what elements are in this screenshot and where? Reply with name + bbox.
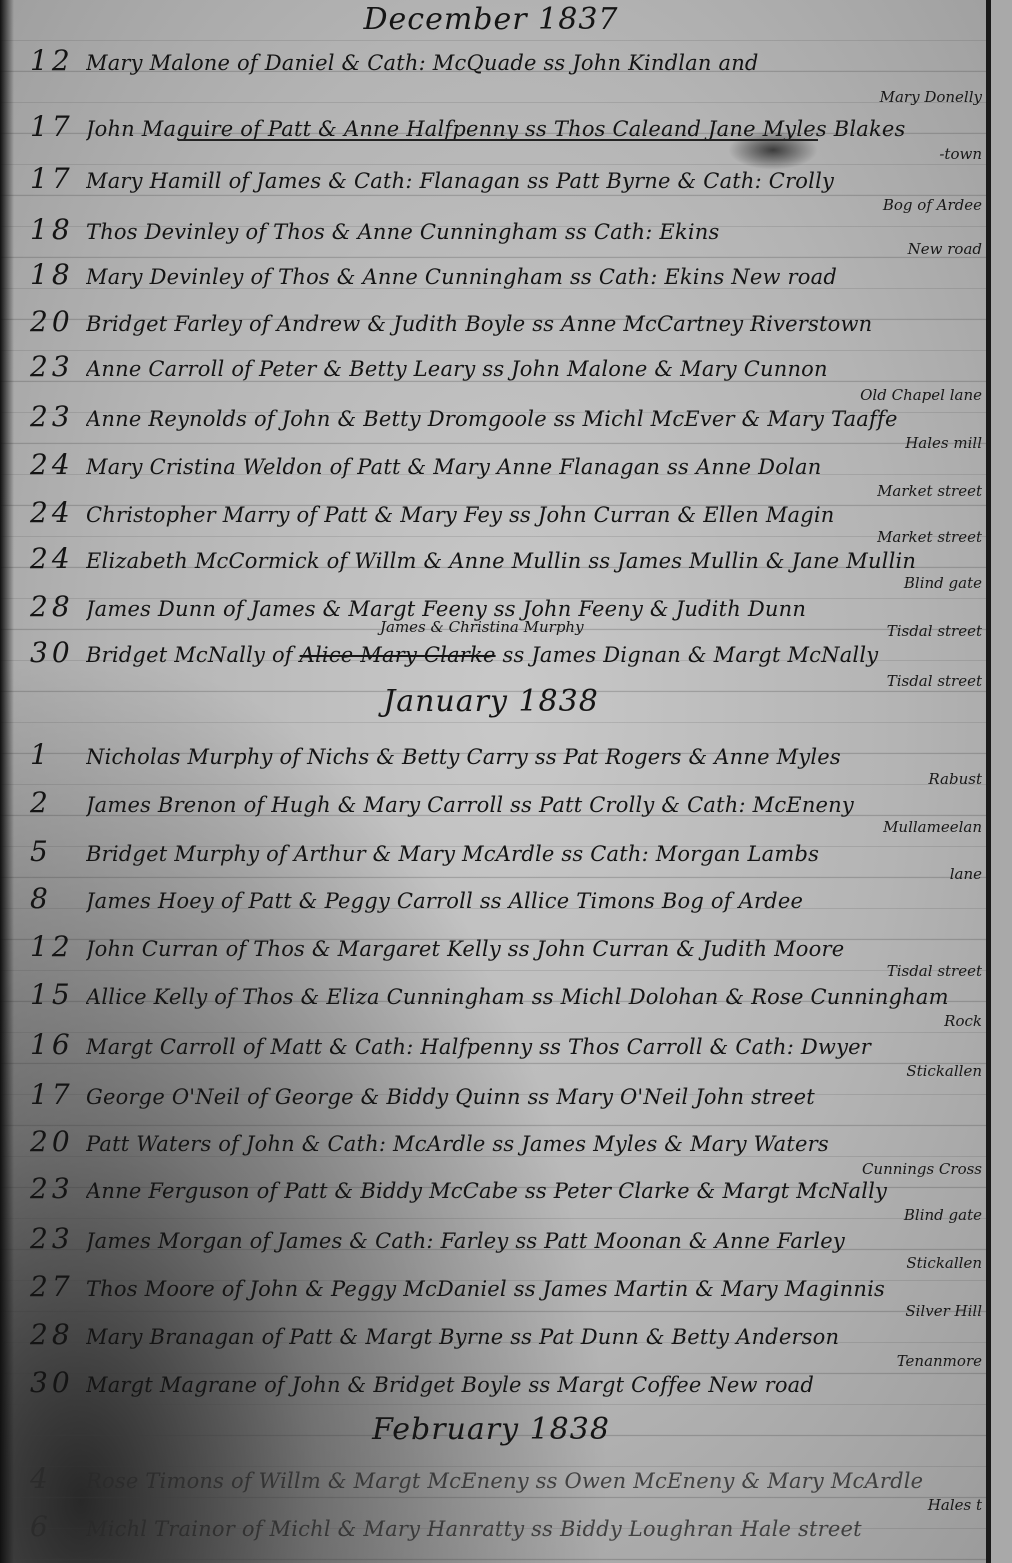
- register-entry: 24 Mary Cristina Weldon of Patt & Mary A…: [30, 448, 984, 488]
- entry-day: 16: [30, 1028, 86, 1061]
- register-entry: 17 Mary Hamill of James & Cath: Flanagan…: [30, 162, 984, 202]
- entry-day: 18: [30, 213, 86, 246]
- entry-annotation: Mary Donelly: [880, 88, 982, 106]
- section-heading-december-1837: December 1837: [0, 2, 982, 37]
- entry-day: 27: [30, 1270, 86, 1303]
- entry-day: 28: [30, 1318, 86, 1351]
- entry-annotation: lane: [950, 865, 982, 883]
- entry-text: Anne Reynolds of John & Betty Dromgoole …: [86, 407, 984, 431]
- entry-day: 12: [30, 930, 86, 963]
- entry-day: 20: [30, 1125, 86, 1158]
- register-entry: 23 Anne Reynolds of John & Betty Dromgoo…: [30, 400, 984, 440]
- section-heading-january-1838: January 1838: [0, 684, 982, 719]
- entry-text: Christopher Marry of Patt & Mary Fey ss …: [86, 503, 984, 527]
- entry-text: Allice Kelly of Thos & Eliza Cunningham …: [86, 985, 984, 1009]
- entry-annotation: Mullameelan: [883, 818, 982, 836]
- interlinear-correction: James & Christina Murphy: [380, 618, 584, 636]
- entry-text: Nicholas Murphy of Nichs & Betty Carry s…: [86, 745, 984, 769]
- entry-day: 23: [30, 350, 86, 383]
- entry-text: Thos Moore of John & Peggy McDaniel ss J…: [86, 1277, 984, 1301]
- register-entry: 30 Margt Magrane of John & Bridget Boyle…: [30, 1366, 984, 1406]
- entry-day: 30: [30, 1366, 86, 1399]
- entry-day: 2: [30, 786, 86, 819]
- entry-text: John Maguire of Patt & Anne Halfpenny ss…: [86, 117, 984, 141]
- entry-text: Rose Timons of Willm & Margt McEneny ss …: [86, 1469, 984, 1493]
- register-entry: 15 Allice Kelly of Thos & Eliza Cunningh…: [30, 978, 984, 1018]
- register-entry: 5 Bridget Murphy of Arthur & Mary McArdl…: [30, 835, 984, 875]
- entry-text-before: Bridget McNally of: [86, 643, 300, 667]
- register-entry: 23 Anne Carroll of Peter & Betty Leary s…: [30, 350, 984, 390]
- entry-annotation: Bog of Ardee: [883, 196, 982, 214]
- entry-text: Margt Carroll of Matt & Cath: Halfpenny …: [86, 1035, 984, 1059]
- entry-text: Anne Carroll of Peter & Betty Leary ss J…: [86, 357, 984, 381]
- entry-text: Mary Hamill of James & Cath: Flanagan ss…: [86, 169, 984, 193]
- entry-text: James Brenon of Hugh & Mary Carroll ss P…: [86, 793, 984, 817]
- underline-mark: [178, 139, 818, 141]
- entry-day: 24: [30, 448, 86, 481]
- register-entry: 8 James Hoey of Patt & Peggy Carroll ss …: [30, 882, 984, 922]
- entry-text: Bridget Farley of Andrew & Judith Boyle …: [86, 312, 984, 336]
- entry-annotation: New road: [908, 240, 982, 258]
- entry-day: 24: [30, 496, 86, 529]
- register-entry: 23 Anne Ferguson of Patt & Biddy McCabe …: [30, 1172, 984, 1212]
- entry-text: Margt Magrane of John & Bridget Boyle ss…: [86, 1373, 984, 1397]
- entry-text: George O'Neil of George & Biddy Quinn ss…: [86, 1085, 984, 1109]
- entry-day: 23: [30, 1222, 86, 1255]
- register-page: December 1837 12 Mary Malone of Daniel &…: [0, 0, 1012, 1563]
- entry-text: James Hoey of Patt & Peggy Carroll ss Al…: [86, 889, 984, 913]
- entry-text: Elizabeth McCormick of Willm & Anne Mull…: [86, 549, 984, 573]
- entry-text: Patt Waters of John & Cath: McArdle ss J…: [86, 1132, 984, 1156]
- entry-day: 17: [30, 1078, 86, 1111]
- register-entry: 20 Bridget Farley of Andrew & Judith Boy…: [30, 305, 984, 345]
- entry-text: Mary Branagan of Patt & Margt Byrne ss P…: [86, 1325, 984, 1349]
- entry-day: 17: [30, 162, 86, 195]
- entry-day: 8: [30, 882, 86, 915]
- entry-day: 30: [30, 636, 86, 669]
- entry-annotation: -town: [939, 145, 982, 163]
- entry-day: 20: [30, 305, 86, 338]
- section-heading-february-1838: February 1838: [0, 1412, 982, 1447]
- register-entry: 6 Michl Trainor of Michl & Mary Hanratty…: [30, 1510, 984, 1550]
- entry-text: Bridget Murphy of Arthur & Mary McArdle …: [86, 842, 984, 866]
- binding-shadow: [0, 0, 14, 1563]
- entry-day: 28: [30, 590, 86, 623]
- entry-day: 17: [30, 110, 86, 143]
- entry-day: 18: [30, 258, 86, 291]
- entry-text: Bridget McNally of Alice Mary Clarke ss …: [86, 643, 984, 667]
- register-entry: 4 Rose Timons of Willm & Margt McEneny s…: [30, 1462, 984, 1502]
- entry-day: 12: [30, 44, 86, 77]
- entry-day: 24: [30, 542, 86, 575]
- register-entry: 17 George O'Neil of George & Biddy Quinn…: [30, 1078, 984, 1118]
- entry-text-after: ss James Dignan & Margt McNally: [496, 643, 879, 667]
- page-edge: [991, 0, 1012, 1563]
- entry-text: James Morgan of James & Cath: Farley ss …: [86, 1229, 984, 1253]
- register-entry: 17 John Maguire of Patt & Anne Halfpenny…: [30, 110, 984, 150]
- entry-text: John Curran of Thos & Margaret Kelly ss …: [86, 937, 984, 961]
- entry-text: Mary Devinley of Thos & Anne Cunningham …: [86, 265, 984, 289]
- register-entry: 12 John Curran of Thos & Margaret Kelly …: [30, 930, 984, 970]
- register-entry: 27 Thos Moore of John & Peggy McDaniel s…: [30, 1270, 984, 1310]
- entry-day: 4: [30, 1462, 86, 1495]
- entry-day: 1: [30, 738, 86, 771]
- register-entry: 1 Nicholas Murphy of Nichs & Betty Carry…: [30, 738, 984, 778]
- register-entry: 23 James Morgan of James & Cath: Farley …: [30, 1222, 984, 1262]
- register-entry: 2 James Brenon of Hugh & Mary Carroll ss…: [30, 786, 984, 826]
- register-entry: 12 Mary Malone of Daniel & Cath: McQuade…: [30, 44, 984, 84]
- register-entry: 18 Mary Devinley of Thos & Anne Cunningh…: [30, 258, 984, 298]
- register-entry: 28 Mary Branagan of Patt & Margt Byrne s…: [30, 1318, 984, 1358]
- entry-text: Mary Malone of Daniel & Cath: McQuade ss…: [86, 51, 984, 75]
- register-entry: 30 Bridget McNally of Alice Mary Clarke …: [30, 636, 984, 676]
- entry-text: Mary Cristina Weldon of Patt & Mary Anne…: [86, 455, 984, 479]
- entry-text: Michl Trainor of Michl & Mary Hanratty s…: [86, 1517, 984, 1541]
- entry-day: 6: [30, 1510, 86, 1543]
- register-entry: 18 Thos Devinley of Thos & Anne Cunningh…: [30, 213, 984, 253]
- register-entry: 24 Christopher Marry of Patt & Mary Fey …: [30, 496, 984, 536]
- entry-day: 5: [30, 835, 86, 868]
- entry-day: 23: [30, 1172, 86, 1205]
- entry-text: Thos Devinley of Thos & Anne Cunningham …: [86, 220, 984, 244]
- struck-through-text: Alice Mary Clarke: [300, 643, 496, 667]
- register-entry: 20 Patt Waters of John & Cath: McArdle s…: [30, 1125, 984, 1165]
- entry-day: 15: [30, 978, 86, 1011]
- register-entry: 24 Elizabeth McCormick of Willm & Anne M…: [30, 542, 984, 582]
- entry-text: Anne Ferguson of Patt & Biddy McCabe ss …: [86, 1179, 984, 1203]
- register-entry: 16 Margt Carroll of Matt & Cath: Halfpen…: [30, 1028, 984, 1068]
- entry-day: 23: [30, 400, 86, 433]
